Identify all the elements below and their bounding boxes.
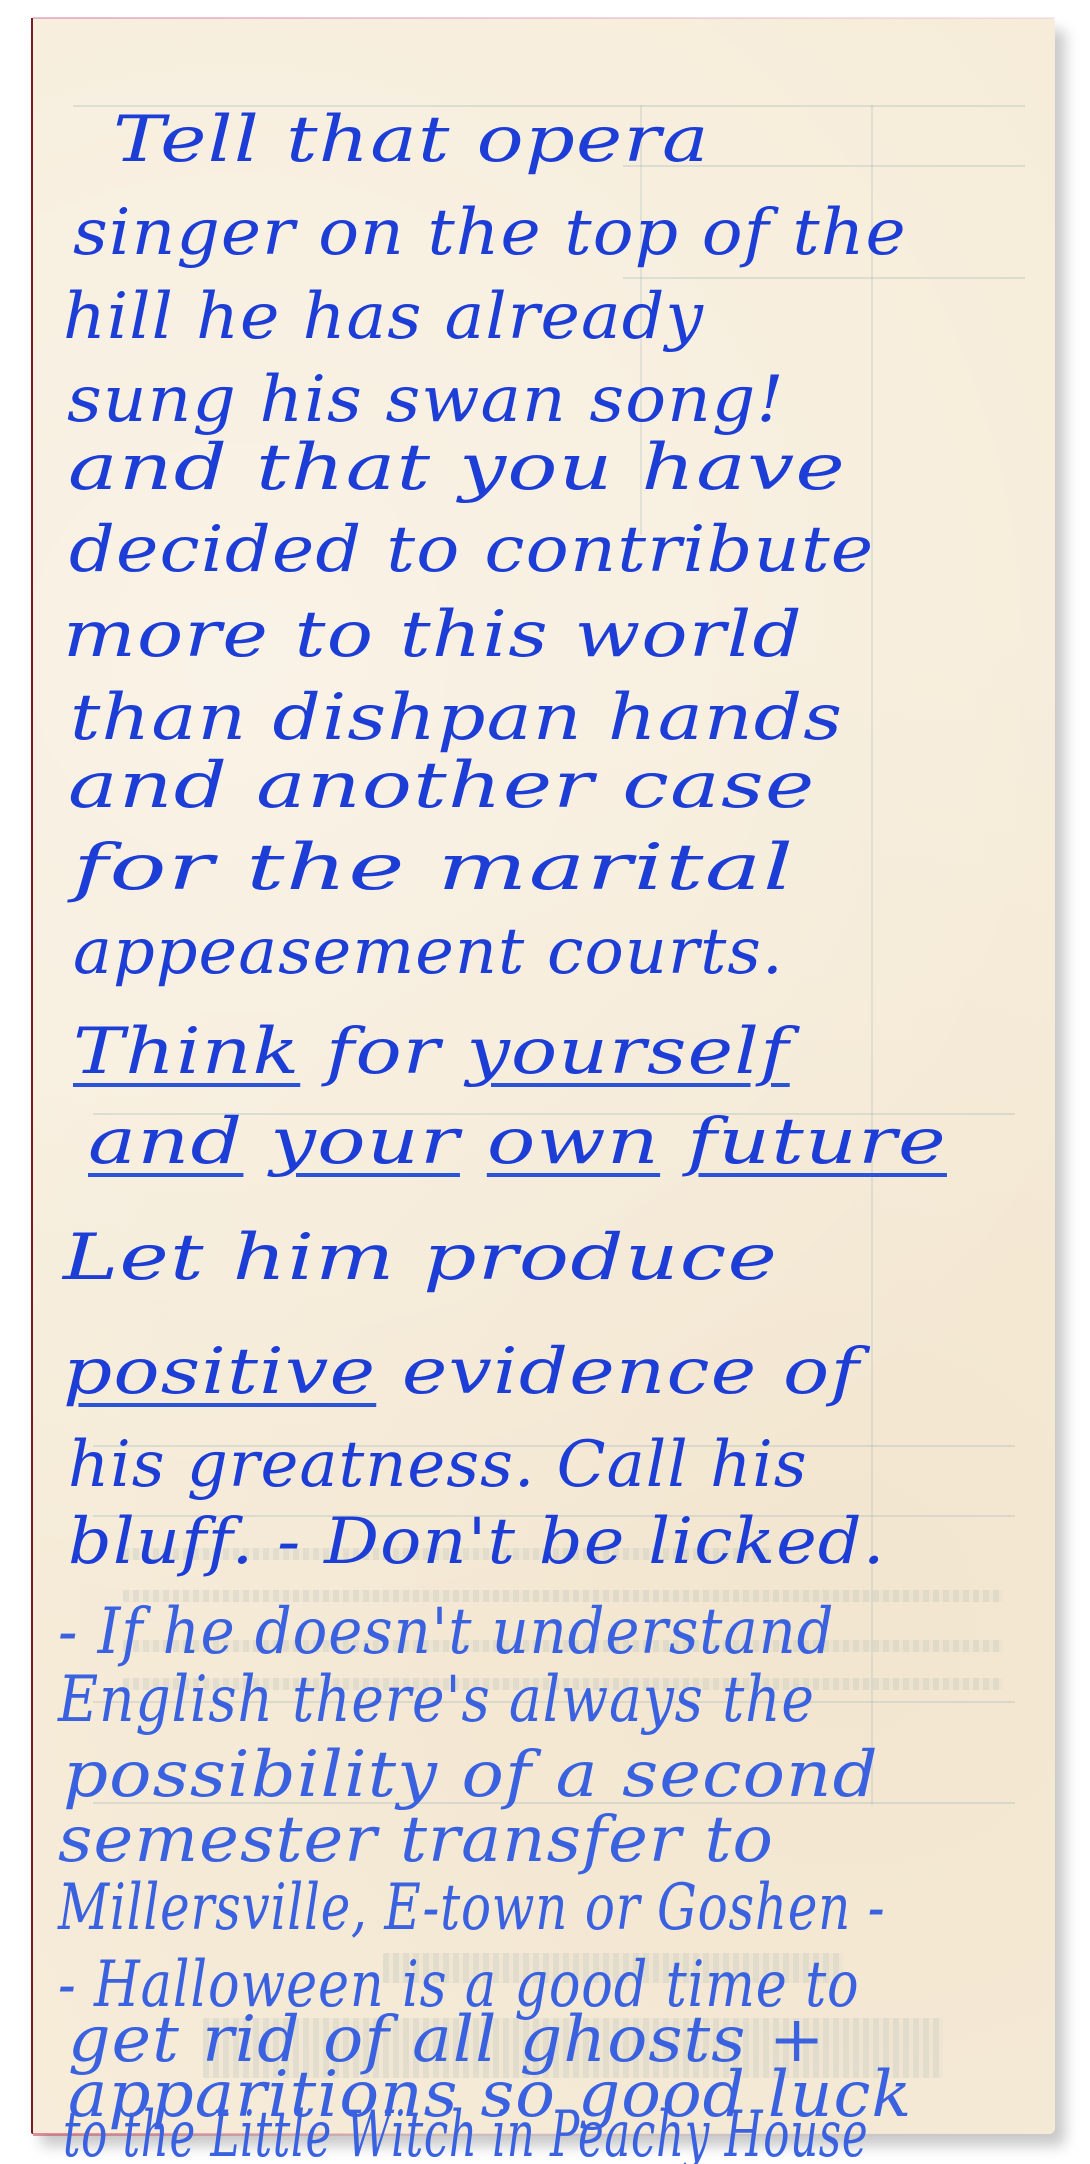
text-line-underlined: Think for yourself — [73, 1020, 790, 1084]
underlined-word: future — [687, 1105, 947, 1179]
text-line: possibility of a second — [63, 1743, 879, 1807]
underlined-word: your — [270, 1105, 460, 1179]
text-line: singer on the top of the — [73, 201, 907, 265]
text-line: his greatness. Call his — [68, 1433, 808, 1497]
text-line: and that you have — [68, 436, 846, 500]
text-line: Millersville, E-town or Goshen - — [58, 1876, 885, 1940]
text-line: - If he doesn't understand — [58, 1600, 834, 1664]
text-line: appeasement courts. — [73, 920, 784, 984]
text-line: to the Little Witch in Peachy House — [63, 2103, 868, 2164]
underlined-word: yourself — [466, 1015, 789, 1089]
text-line: for the marital — [73, 836, 795, 900]
word: evidence of — [376, 1335, 860, 1409]
text-line: hill he has already — [63, 285, 704, 349]
letter-paper: Tell that opera singer on the top of the… — [31, 18, 1055, 2134]
text-line-underlined: positive evidence of — [63, 1340, 860, 1404]
underlined-word: positive — [63, 1335, 376, 1409]
text-line: English there's always the — [58, 1668, 815, 1732]
underlined-word: and — [88, 1105, 243, 1179]
text-line: Let him produce — [63, 1226, 778, 1290]
text-line: Tell that opera — [113, 108, 710, 172]
text-line: bluff. - Don't be licked. — [68, 1510, 886, 1574]
text-line: and another case — [68, 754, 816, 818]
text-line: sung his swan song! — [67, 368, 785, 432]
word: for — [300, 1015, 466, 1089]
underlined-word: own — [487, 1105, 660, 1179]
text-line: decided to contribute — [69, 518, 874, 582]
space — [460, 1105, 487, 1179]
text-line: more to this world — [63, 603, 803, 667]
underlined-word: Think — [73, 1015, 300, 1089]
space — [660, 1105, 687, 1179]
text-line: than dishpan hands — [70, 686, 843, 750]
space — [243, 1105, 270, 1179]
text-line: semester transfer to — [58, 1808, 774, 1872]
handwritten-text: Tell that opera singer on the top of the… — [33, 18, 1055, 2134]
text-line-underlined: and your own future — [88, 1110, 947, 1174]
